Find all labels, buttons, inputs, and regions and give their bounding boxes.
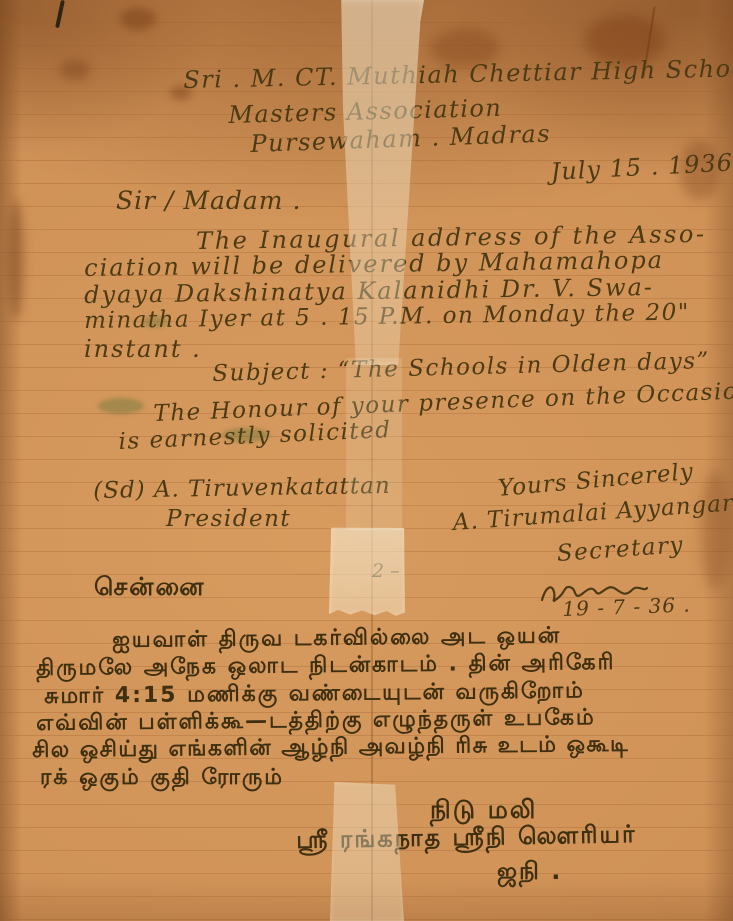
tamil-note-line-5: சில ஒசிய்து எங்களின் ஆழ்நி அவழ்நி ரிசு உ… [32, 732, 629, 766]
age-spot [700, 470, 730, 590]
date-stamp: 19 - 7 - 36 . [562, 593, 691, 621]
president-name: (Sd) A. Tiruvenkatattan [93, 473, 391, 504]
org-name-line-1: Sri . M. CT. Muthiah Chettiar High Schoo… [183, 54, 733, 94]
body-line-5: instant . [84, 335, 202, 363]
salutation: Sir / Madam . [116, 186, 301, 215]
tamil-postscript: ஜநி . [497, 857, 562, 888]
secretary-title: Secretary [556, 532, 685, 567]
letter-date: July 15 . 1936 . [550, 148, 733, 186]
president-title: President [166, 506, 291, 532]
letter-page: Sri . M. CT. Muthiah Chettiar High Schoo… [0, 0, 733, 921]
page-number-mark: 2 – [372, 560, 400, 582]
tamil-heading: சென்னை [94, 572, 205, 605]
age-spot [8, 200, 24, 320]
age-spot [60, 60, 90, 80]
tamil-signature: ஸ்ரீ ரங்கநாத ஸ்ரீநி லௌரியர் [296, 820, 637, 857]
green-smudge [98, 398, 144, 414]
age-spot [120, 8, 156, 30]
subject-line: Subject : “The Schools in Olden days” [212, 348, 710, 387]
tamil-note-line-6: ரக் ஒகும் குதி ரோரும் [40, 765, 284, 793]
secretary-name: A. Tirumalai Ayyangar [452, 490, 733, 536]
ink-tick-top-left [55, 0, 65, 28]
